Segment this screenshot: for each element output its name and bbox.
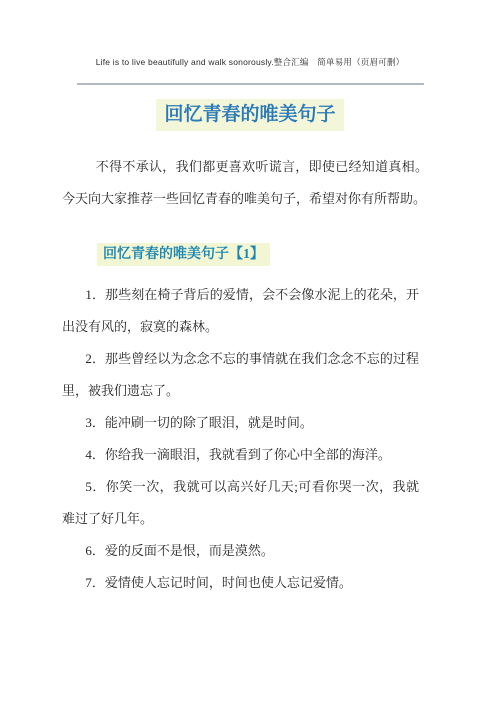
document-page: Life is to live beautifully and walk son…	[0, 0, 500, 708]
quote-item-3: 3．能冲刷一切的除了眼泪，就是时间。	[62, 407, 419, 439]
page-title: 回忆青春的唯美句子	[156, 99, 343, 131]
header-divider	[77, 83, 424, 85]
quote-list: 1．那些刻在椅子背后的爱情，会不会像水泥上的花朵，开出没有风的，寂寞的森林。 2…	[62, 279, 419, 599]
quote-item-5: 5．你笑一次，我就可以高兴好几天;可看你哭一次，我就难过了好几年。	[62, 471, 419, 535]
quote-item-7: 7．爱情使人忘记时间，时间也使人忘记爱情。	[62, 567, 419, 599]
quote-item-1: 1．那些刻在椅子背后的爱情，会不会像水泥上的花朵，开出没有风的，寂寞的森林。	[62, 279, 419, 343]
intro-paragraph: 不得不承认，我们都更喜欢听谎言，即使已经知道真相。今天向大家推荐一些回忆青春的唯…	[62, 151, 428, 215]
quote-item-2: 2．那些曾经以为念念不忘的事情就在我们念念不忘的过程里，被我们遗忘了。	[62, 343, 419, 407]
section-heading: 回忆青春的唯美句子【1】	[97, 243, 270, 266]
page-header-note: Life is to live beautifully and walk son…	[0, 56, 500, 68]
quote-item-4: 4．你给我一滴眼泪，我就看到了你心中全部的海洋。	[62, 439, 419, 471]
quote-item-6: 6．爱的反面不是恨，而是漠然。	[62, 535, 419, 567]
title-row: 回忆青春的唯美句子	[0, 99, 500, 131]
